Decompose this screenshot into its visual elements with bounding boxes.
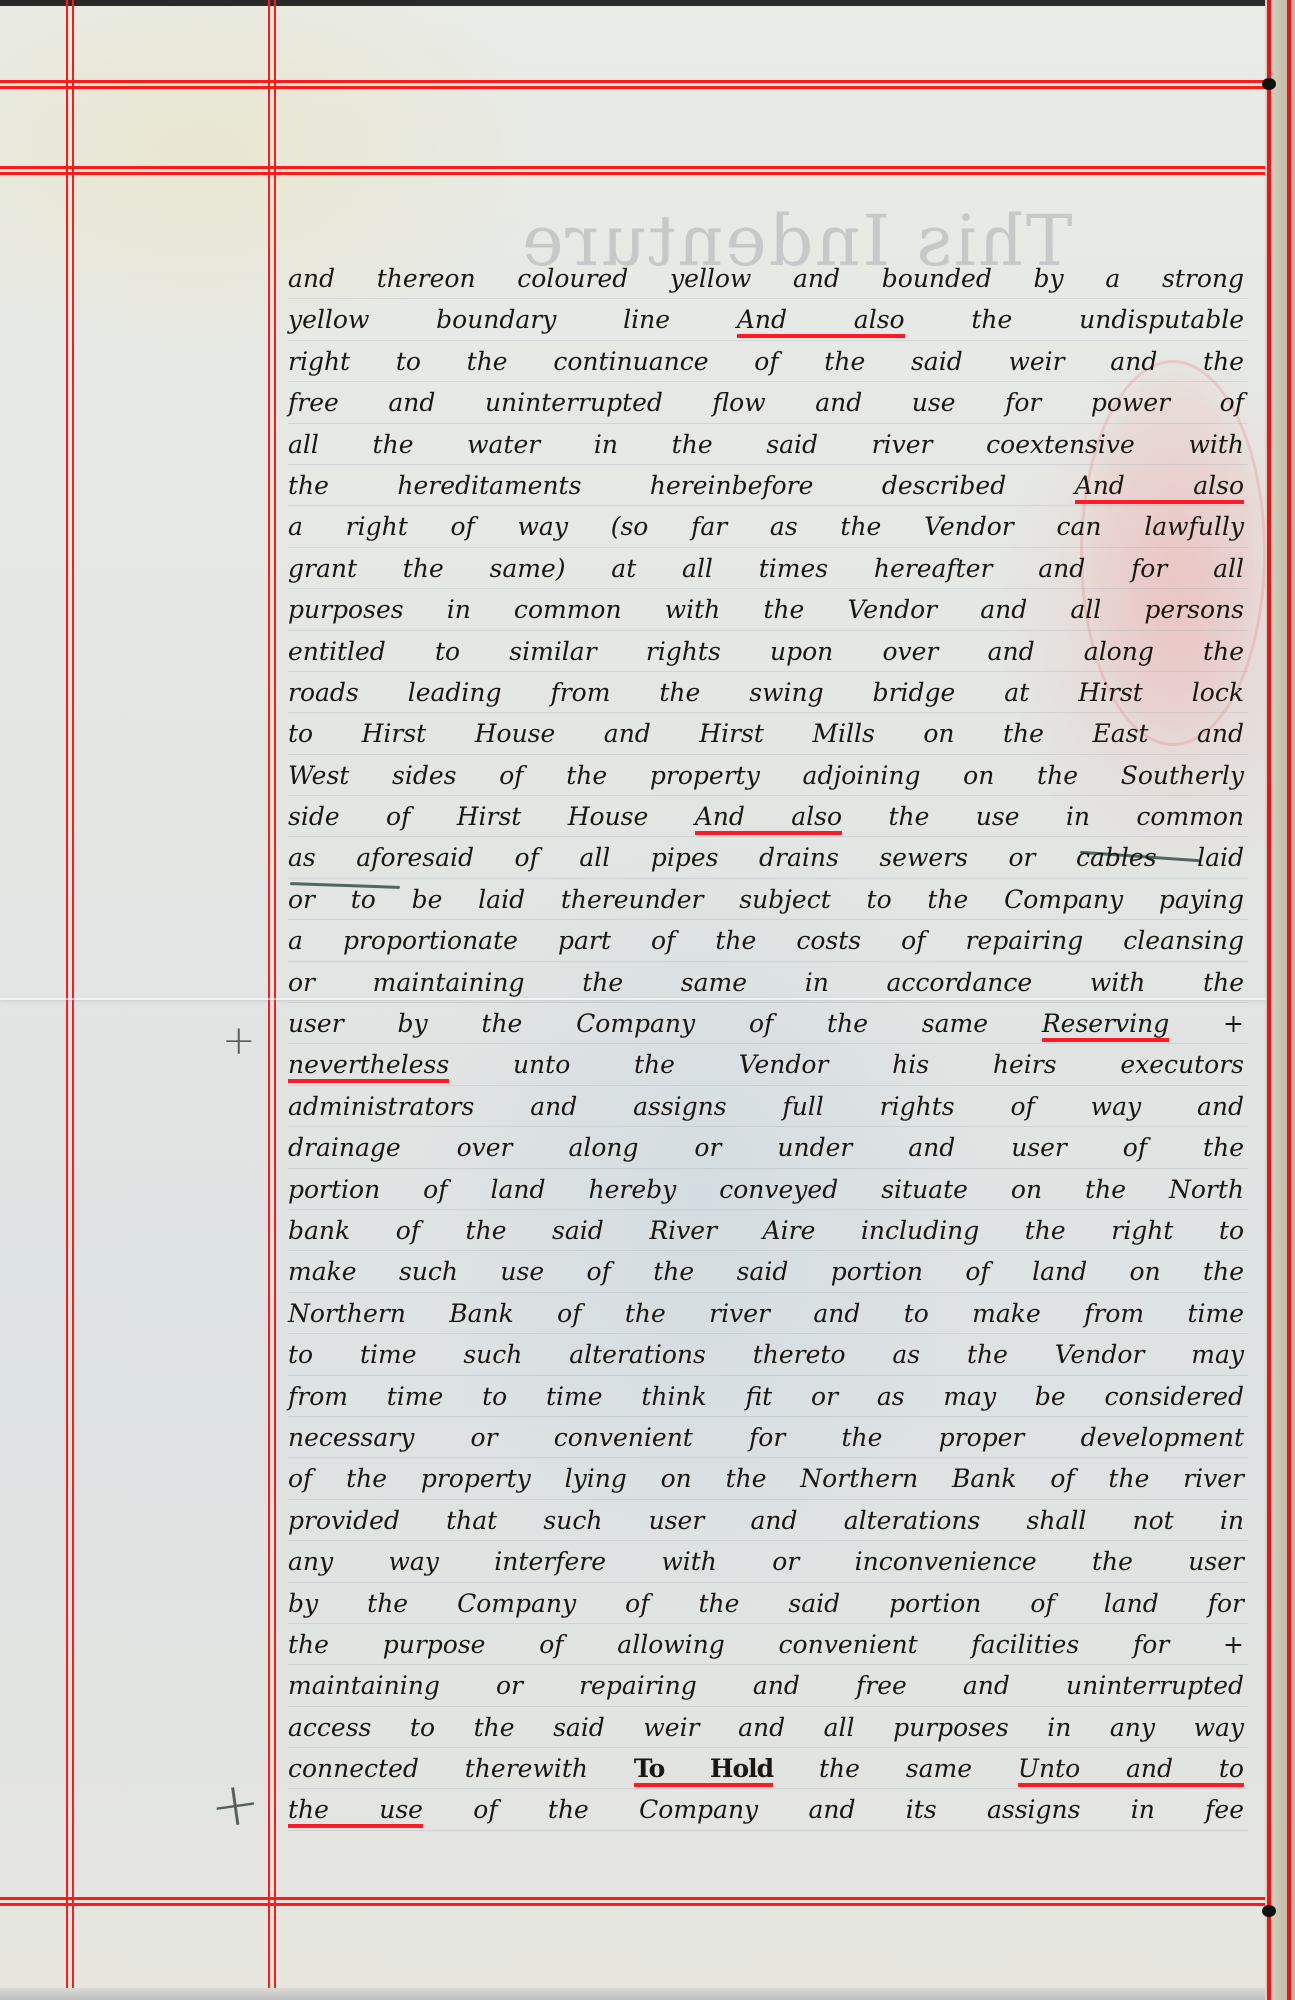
text-segment: of the Company and its assigns in fee bbox=[423, 1795, 1244, 1824]
ruling-margin-1 bbox=[268, 0, 270, 2000]
text-segment: all the water in the said river coextens… bbox=[288, 430, 1244, 459]
text-segment: access to the said weir and all purposes… bbox=[288, 1713, 1244, 1742]
text-segment: any way interfere with or inconvenience … bbox=[288, 1547, 1244, 1576]
text-line: Northern Bank of the river and to make f… bbox=[288, 1293, 1248, 1334]
text-segment: unto the Vendor his heirs executors bbox=[449, 1050, 1244, 1079]
text-line: access to the said weir and all purposes… bbox=[288, 1707, 1248, 1748]
text-segment: Northern Bank of the river and to make f… bbox=[288, 1299, 1244, 1328]
text-segment: maintaining or repairing and free and un… bbox=[288, 1671, 1244, 1700]
text-line: user by the Company of the same Reservin… bbox=[288, 1003, 1248, 1044]
underlined-keyword: And also bbox=[695, 802, 842, 835]
text-segment: purposes in common with the Vendor and a… bbox=[288, 595, 1244, 624]
binding-hole bbox=[1262, 1905, 1276, 1917]
text-line: connected therewith To Hold the same Unt… bbox=[288, 1748, 1248, 1789]
text-segment: drainage over along or under and user of… bbox=[288, 1133, 1244, 1162]
margin-cross-mark: + bbox=[205, 1767, 265, 1843]
text-segment: connected therewith bbox=[288, 1754, 634, 1783]
text-line: and thereon coloured yellow and bounded … bbox=[288, 258, 1248, 299]
text-line: bank of the said River Aire including th… bbox=[288, 1210, 1248, 1251]
text-segment: portion of land hereby conveyed situate … bbox=[288, 1175, 1244, 1204]
underlined-keyword: nevertheless bbox=[288, 1050, 449, 1083]
text-line: by the Company of the said portion of la… bbox=[288, 1583, 1248, 1624]
underlined-keyword: Reserving bbox=[1042, 1009, 1169, 1042]
text-line: provided that such user and alterations … bbox=[288, 1500, 1248, 1541]
text-segment: yellow boundary line bbox=[288, 305, 737, 334]
text-segment: bank of the said River Aire including th… bbox=[288, 1216, 1244, 1245]
text-segment: as aforesaid of all pipes drains sewers … bbox=[288, 843, 1244, 872]
document-page: This Indenture + + and thereon coloured … bbox=[0, 0, 1295, 2000]
text-segment: right to the continuance of the said wei… bbox=[288, 347, 1244, 376]
text-segment: from time to time think fit or as may be… bbox=[288, 1382, 1244, 1411]
text-line: a proportionate part of the costs of rep… bbox=[288, 920, 1248, 961]
text-line: entitled to similar rights upon over and… bbox=[288, 631, 1248, 672]
text-segment: West sides of the property adjoining on … bbox=[288, 761, 1244, 790]
text-line: as aforesaid of all pipes drains sewers … bbox=[288, 837, 1248, 878]
text-segment: by the Company of the said portion of la… bbox=[288, 1589, 1244, 1618]
text-segment: roads leading from the swing bridge at H… bbox=[288, 678, 1244, 707]
ruling-bottom-2 bbox=[0, 1903, 1265, 1906]
text-segment: administrators and assigns full rights o… bbox=[288, 1092, 1244, 1121]
text-segment: or maintaining the same in accordance wi… bbox=[288, 968, 1244, 997]
ruling-margin-2 bbox=[274, 0, 276, 2000]
text-line: a right of way (so far as the Vendor can… bbox=[288, 506, 1248, 547]
page-top-edge bbox=[0, 0, 1270, 6]
text-segment: the hereditaments hereinbefore described bbox=[288, 471, 1075, 500]
text-line: from time to time think fit or as may be… bbox=[288, 1376, 1248, 1417]
ruling-left-outer-1 bbox=[66, 0, 68, 2000]
underlined-keyword: And also bbox=[737, 305, 905, 338]
margin-cross-mark: + bbox=[222, 1018, 256, 1064]
ruling-bottom-1 bbox=[0, 1897, 1265, 1900]
binding-spine bbox=[1265, 0, 1295, 2000]
text-line: to Hirst House and Hirst Mills on the Ea… bbox=[288, 713, 1248, 754]
text-line: portion of land hereby conveyed situate … bbox=[288, 1169, 1248, 1210]
text-line: the purpose of allowing convenient facil… bbox=[288, 1624, 1248, 1665]
deed-text-body: and thereon coloured yellow and bounded … bbox=[288, 258, 1248, 1831]
text-line: free and uninterrupted flow and use for … bbox=[288, 382, 1248, 423]
text-line: maintaining or repairing and free and un… bbox=[288, 1665, 1248, 1706]
text-segment: the purpose of allowing convenient facil… bbox=[288, 1630, 1244, 1659]
text-line: any way interfere with or inconvenience … bbox=[288, 1541, 1248, 1582]
text-segment: to Hirst House and Hirst Mills on the Ea… bbox=[288, 719, 1244, 748]
ruling-top-2 bbox=[0, 86, 1265, 89]
text-segment: a right of way (so far as the Vendor can… bbox=[288, 512, 1244, 541]
text-line: to time such alterations thereto as the … bbox=[288, 1334, 1248, 1375]
text-line: nevertheless unto the Vendor his heirs e… bbox=[288, 1044, 1248, 1085]
ruling-header-1 bbox=[0, 166, 1265, 169]
text-line: drainage over along or under and user of… bbox=[288, 1127, 1248, 1168]
text-segment: or to be laid thereunder subject to the … bbox=[288, 885, 1244, 914]
text-line: or maintaining the same in accordance wi… bbox=[288, 962, 1248, 1003]
text-line: right to the continuance of the said wei… bbox=[288, 341, 1248, 382]
text-segment: the use in common bbox=[842, 802, 1244, 831]
text-segment: user by the Company of the same bbox=[288, 1009, 1042, 1038]
text-line: or to be laid thereunder subject to the … bbox=[288, 879, 1248, 920]
text-segment: provided that such user and alterations … bbox=[288, 1506, 1244, 1535]
text-line: yellow boundary line And also the undisp… bbox=[288, 299, 1248, 340]
text-segment: make such use of the said portion of lan… bbox=[288, 1257, 1244, 1286]
ruling-top-1 bbox=[0, 80, 1265, 83]
text-segment: to time such alterations thereto as the … bbox=[288, 1340, 1244, 1369]
text-line: roads leading from the swing bridge at H… bbox=[288, 672, 1248, 713]
text-line: the use of the Company and its assigns i… bbox=[288, 1789, 1248, 1830]
underlined-heading-keyword: To Hold bbox=[634, 1754, 773, 1787]
text-segment: necessary or convenient for the proper d… bbox=[288, 1423, 1244, 1452]
text-line: grant the same) at all times hereafter a… bbox=[288, 548, 1248, 589]
text-segment: free and uninterrupted flow and use for … bbox=[288, 388, 1244, 417]
text-line: side of Hirst House And also the use in … bbox=[288, 796, 1248, 837]
text-line: necessary or convenient for the proper d… bbox=[288, 1417, 1248, 1458]
text-segment: the undisputable bbox=[905, 305, 1244, 334]
text-line: of the property lying on the Northern Ba… bbox=[288, 1458, 1248, 1499]
page-bottom-edge bbox=[0, 1988, 1265, 2000]
text-segment: a proportionate part of the costs of rep… bbox=[288, 926, 1244, 955]
spine-ruling-1 bbox=[1267, 0, 1271, 2000]
text-segment: + bbox=[1169, 1009, 1244, 1038]
underlined-keyword: Unto and to bbox=[1018, 1754, 1244, 1787]
binding-hole bbox=[1262, 78, 1276, 90]
text-segment: of the property lying on the Northern Ba… bbox=[288, 1464, 1244, 1493]
text-line: purposes in common with the Vendor and a… bbox=[288, 589, 1248, 630]
text-line: West sides of the property adjoining on … bbox=[288, 755, 1248, 796]
text-line: all the water in the said river coextens… bbox=[288, 424, 1248, 465]
text-segment: entitled to similar rights upon over and… bbox=[288, 637, 1244, 666]
underlined-keyword: the use bbox=[288, 1795, 423, 1828]
text-segment: and thereon coloured yellow and bounded … bbox=[288, 264, 1244, 293]
ruling-header-2 bbox=[0, 172, 1265, 175]
text-line: the hereditaments hereinbefore described… bbox=[288, 465, 1248, 506]
text-segment: side of Hirst House bbox=[288, 802, 695, 831]
text-line: administrators and assigns full rights o… bbox=[288, 1086, 1248, 1127]
text-segment: grant the same) at all times hereafter a… bbox=[288, 554, 1244, 583]
underlined-keyword: And also bbox=[1075, 471, 1244, 504]
text-line: make such use of the said portion of lan… bbox=[288, 1251, 1248, 1292]
text-segment: the same bbox=[773, 1754, 1018, 1783]
ruling-left-outer-2 bbox=[72, 0, 74, 2000]
spine-ruling-2 bbox=[1287, 0, 1291, 2000]
